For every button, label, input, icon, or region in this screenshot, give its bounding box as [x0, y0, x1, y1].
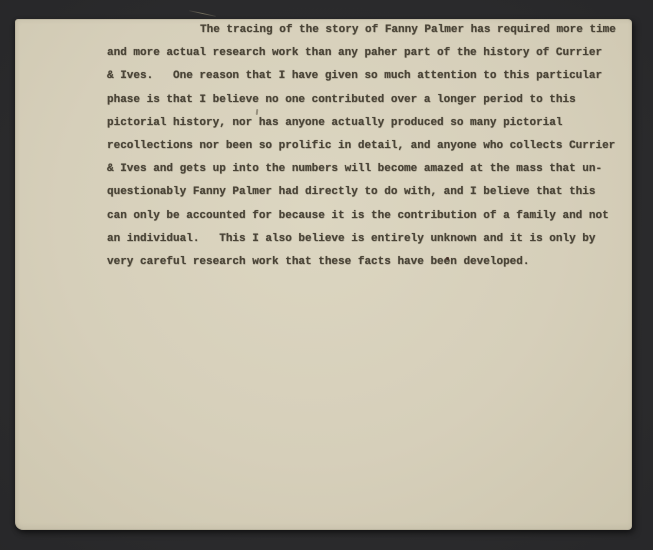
- text-line: phase is that I believe no one contribut…: [107, 89, 632, 112]
- text-line: and more actual research work than any p…: [107, 42, 632, 65]
- stray-ink-dot: [446, 257, 449, 260]
- text-line: questionably Fanny Palmer had directly t…: [107, 181, 632, 204]
- scan-background: The tracing of the story of Fanny Palmer…: [0, 0, 653, 550]
- text-line: pictorial history, nor has anyone actual…: [107, 112, 632, 135]
- text-line: an individual. This I also believe is en…: [107, 228, 632, 251]
- text-line: very careful research work that these fa…: [107, 251, 632, 274]
- typewritten-page: The tracing of the story of Fanny Palmer…: [15, 19, 632, 530]
- text-line: & Ives and gets up into the numbers will…: [107, 158, 632, 181]
- text-line: & Ives. One reason that I have given so …: [107, 65, 632, 88]
- text-line: recollections nor been so prolific in de…: [107, 135, 632, 158]
- text-line: The tracing of the story of Fanny Palmer…: [107, 19, 632, 42]
- text-line: can only be accounted for because it is …: [107, 205, 632, 228]
- paper-crease-mark: [189, 10, 216, 17]
- typed-text-block: The tracing of the story of Fanny Palmer…: [107, 19, 632, 274]
